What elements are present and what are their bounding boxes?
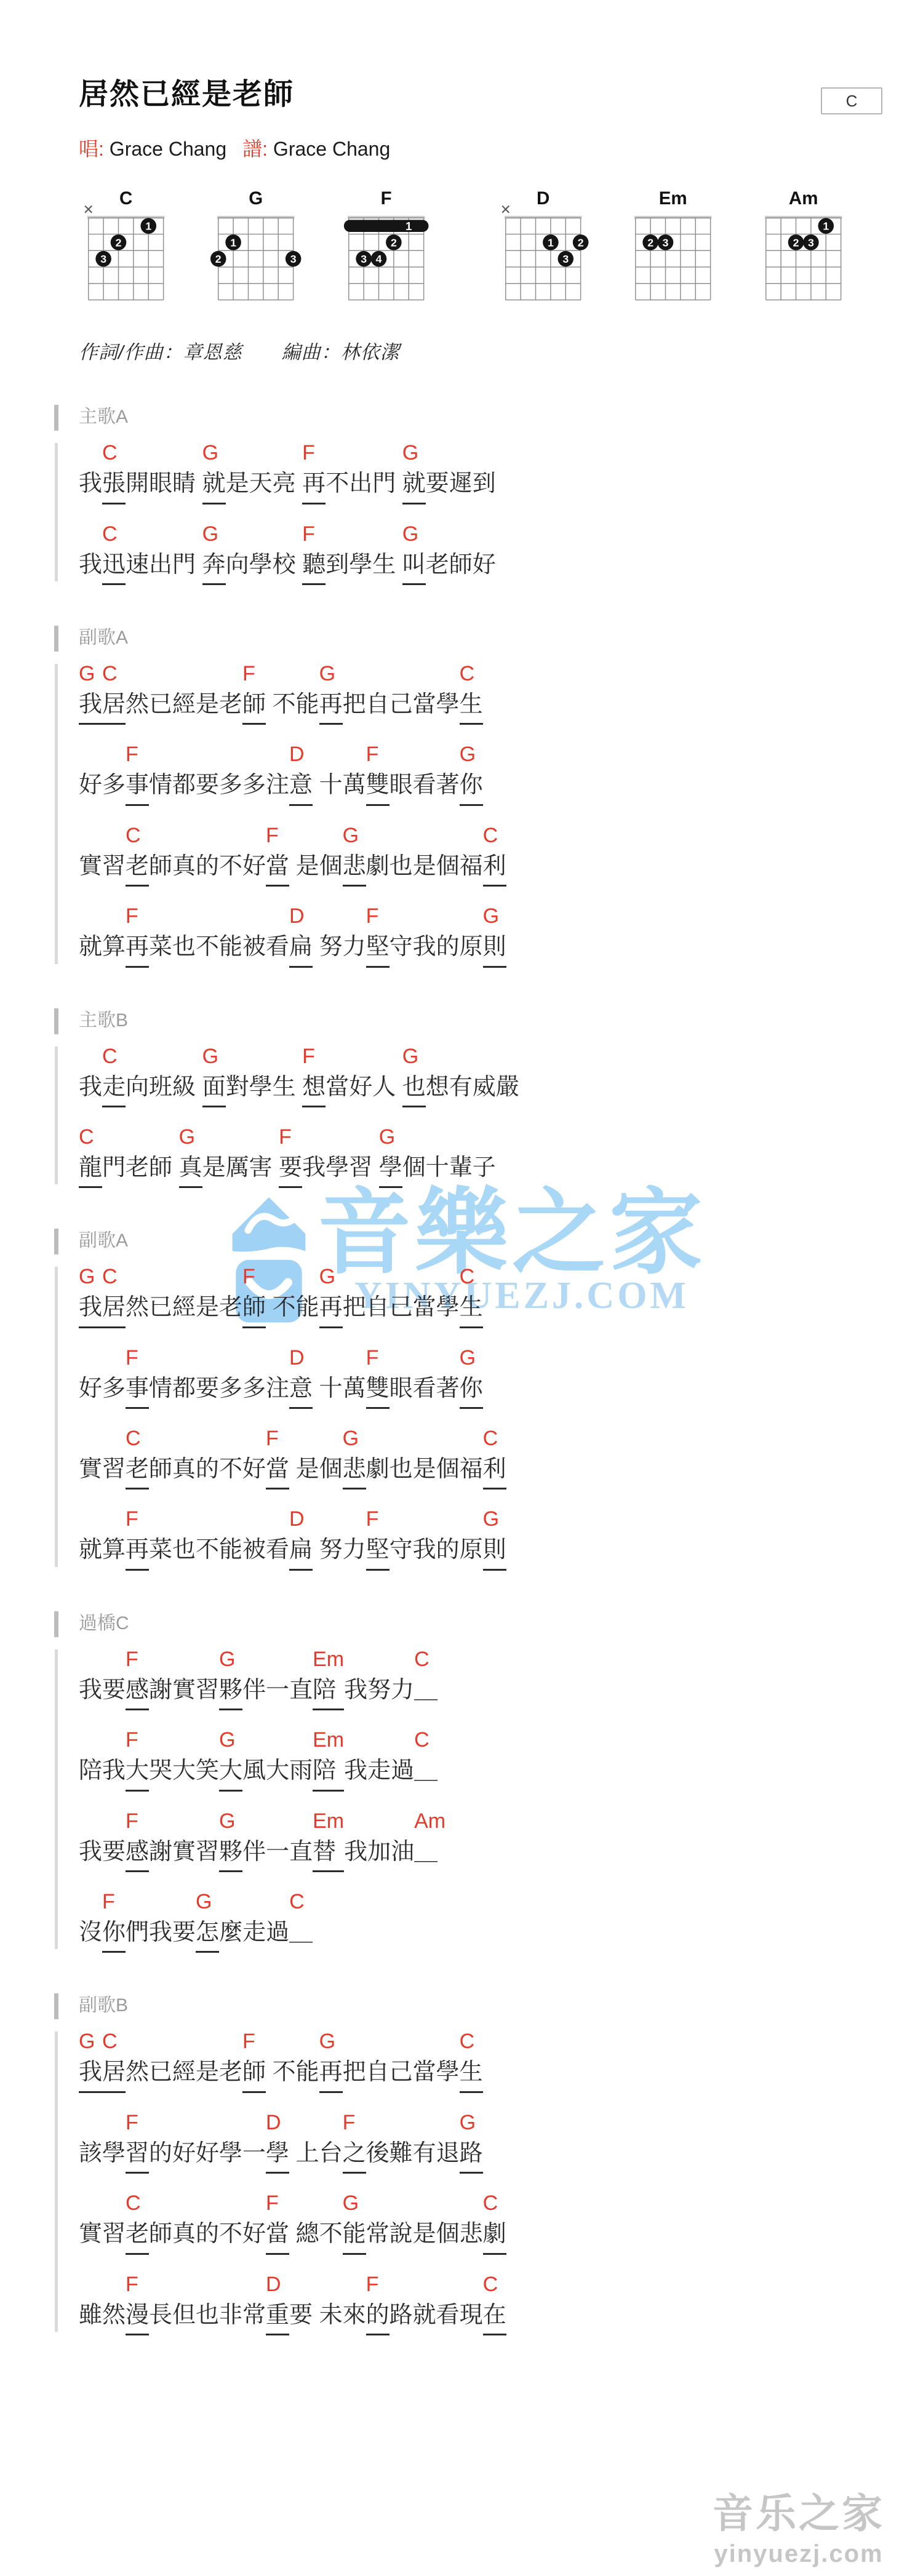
lyric-unit: 把自己當學 [343, 2028, 460, 2088]
lyric-text: 後難有退 [366, 2139, 460, 2169]
chord-label [79, 741, 126, 770]
chord-label [79, 1888, 102, 1918]
svg-text:1: 1 [823, 220, 829, 233]
lyric-text: 總不 [289, 2219, 343, 2249]
lyric-text: 劇 [483, 2219, 506, 2254]
lyric-unit: F想 [302, 1043, 326, 1107]
chord-label: C [126, 2190, 149, 2219]
song-section: 副歌AG我C居 然已經是老F師 不能G再 把自己當學C生 好多F事 情都要多多注… [79, 1227, 886, 1571]
lyric-unit: G也 [402, 1043, 426, 1107]
lyric-unit: 個十輩子 [402, 1123, 496, 1183]
lyric-unit: F事 [126, 1344, 149, 1409]
lyric-unit: 我努力 [344, 1646, 414, 1705]
chord-label [390, 741, 460, 770]
chord-label [126, 1263, 242, 1293]
section-lines: 我C走 向班級 G面 對學生 F想 當好人 G也 想有威嚴C龍 門老師 G真 是… [79, 1040, 886, 1189]
lyric-unit: G就 [402, 439, 426, 504]
lyric-text: 師真的不好 [149, 2219, 266, 2249]
lyric-unit: C在 [483, 2271, 506, 2335]
chord-label: F [302, 439, 326, 469]
lyric-text: 十萬 [313, 770, 366, 800]
chord-label [344, 1808, 414, 1837]
chord-label [79, 439, 102, 469]
lyric-unit: 就算 [79, 903, 126, 962]
lyric-text: 實習 [79, 2219, 126, 2249]
chord-lyric-line: 我C走 向班級 G面 對學生 F想 當好人 G也 想有威嚴 [79, 1043, 886, 1107]
chord-label: F [266, 2190, 289, 2219]
chord-label [202, 1123, 279, 1153]
chord-label [326, 439, 402, 469]
lyric-unit: 雖然 [79, 2271, 126, 2331]
lyric-text: 意 [289, 1374, 313, 1409]
lyric-unit: G則 [483, 1505, 506, 1570]
lyric-text: 上台 [289, 2139, 343, 2169]
chord-label [149, 1505, 289, 1535]
lyric-unit: 十萬 [313, 741, 366, 800]
lyric-text: 之 [343, 2139, 366, 2174]
chord-label [149, 2109, 266, 2139]
chord-label: F [102, 1888, 126, 1918]
page-title: 居然已經是老師 [79, 70, 886, 113]
chord-label: F [366, 1505, 390, 1535]
lyric-unit: 好多 [79, 1344, 126, 1404]
lyric-text: 到學生 [326, 550, 402, 580]
chord-label: G [460, 2109, 483, 2139]
chord-lyric-line: 實習C老 師真的不好F當 是個G悲 劇也是個福C利 [79, 1425, 886, 1489]
chord-label [149, 1425, 266, 1454]
lyric-text: 十萬 [313, 1374, 366, 1404]
lyric-unit: 實習 [79, 1425, 126, 1485]
lyric-unit: G就 [202, 439, 226, 504]
lyric-unit: 眼看著 [390, 741, 460, 800]
svg-text:D: D [537, 188, 549, 209]
chord-label [126, 520, 202, 550]
svg-text:3: 3 [562, 253, 569, 265]
lyric-unit: D學 [266, 2109, 289, 2174]
lyric-unit: F你 [102, 1888, 126, 1953]
chord-label: G [402, 520, 426, 550]
lyric-text: 你 [460, 1374, 483, 1409]
composer-line: 作詞/作曲：章恩慈 編曲：林依潔 [79, 337, 886, 364]
chord-label: C [414, 1726, 438, 1756]
lyric-unit: 實習 [79, 822, 126, 882]
svg-text:3: 3 [100, 253, 106, 265]
lyric-text: 陪我 [79, 1756, 126, 1786]
lyric-unit: D重 [266, 2271, 289, 2335]
lyric-text: 就算 [79, 1535, 126, 1565]
chord-label: D [289, 903, 313, 932]
section-label: 過橋C [79, 1610, 886, 1637]
lyric-unit: G再 [319, 1263, 343, 1328]
chord-label: F [266, 822, 289, 851]
lyric-text: 替 [313, 1837, 344, 1872]
chord-label [242, 1646, 313, 1675]
lyric-unit: 師真的不好 [149, 2190, 266, 2249]
chord-label [313, 741, 366, 770]
chord-label: G [79, 2028, 102, 2057]
lyric-unit: G叫 [402, 520, 426, 585]
lyric-unit: 想有威嚴 [426, 1043, 519, 1103]
lyric-text: 漫 [126, 2300, 149, 2335]
svg-text:2: 2 [215, 253, 222, 265]
chord-label: C [102, 660, 126, 690]
chord-lyric-line: G我C居 然已經是老F師 不能G再 把自己當學C生 [79, 2028, 886, 2092]
chord-label: F [242, 2028, 266, 2057]
chord-label [343, 1263, 460, 1293]
singer-value: Grace Chang [104, 138, 226, 160]
lyric-text: 堅 [366, 932, 390, 967]
lyric-text: 走 [102, 1072, 126, 1107]
lyric-unit: 麼走過 [219, 1888, 289, 1948]
section-label: 主歌B [79, 1007, 886, 1034]
lyric-unit: C＿ [289, 1888, 313, 1948]
chord-label [226, 1043, 303, 1072]
lyric-text: 眼看著 [390, 1374, 460, 1404]
lyric-text: 則 [483, 932, 506, 967]
chord-label [344, 1646, 414, 1675]
lyric-unit: 把自己當學 [343, 1263, 460, 1323]
lyric-unit: C張 [102, 439, 126, 504]
lyric-text: 奔 [202, 550, 226, 585]
lyric-text: 個十輩子 [402, 1153, 496, 1183]
chord-label: C [126, 822, 149, 851]
chord-label: G [79, 660, 102, 690]
chord-label [266, 1263, 319, 1293]
chord-label [366, 2109, 460, 2139]
lyric-unit: F大 [126, 1726, 149, 1791]
lyric-text: 再 [302, 469, 326, 504]
chord-label: C [460, 660, 483, 690]
lyric-unit: G怎 [196, 1888, 219, 1953]
lyric-text: 居 [102, 690, 126, 725]
lyric-text: 是天亮 [226, 469, 303, 499]
lyric-text: 學 [379, 1153, 402, 1188]
chord-label: G [460, 1344, 483, 1374]
lyric-text: 不出門 [326, 469, 402, 499]
lyric-text: 扁 [289, 932, 313, 967]
lyric-text: 沒 [79, 1918, 102, 1948]
chord-label: G [202, 439, 226, 469]
svg-text:✕: ✕ [83, 202, 94, 217]
chord-label: Em [313, 1726, 344, 1756]
lyric-text: 真 [179, 1153, 202, 1188]
lyric-text: 夥 [219, 1837, 242, 1872]
lyric-unit: 向學校 [226, 520, 303, 580]
chord-label: F [366, 741, 390, 770]
lyric-text: 陪 [313, 1756, 344, 1791]
song-section: 主歌A 我C張 開眼睛 G就 是天亮 F再 不出門 G就 要遲到 我C迅 速出門… [79, 404, 886, 585]
lyric-unit: C劇 [483, 2190, 506, 2254]
lyric-text: 路就看現 [390, 2300, 483, 2331]
lyric-unit: 路就看現 [390, 2271, 483, 2331]
lyric-text: 門老師 [102, 1153, 179, 1183]
lyric-unit: D意 [289, 741, 313, 805]
chord-label: G [319, 660, 343, 690]
lyric-unit: 就算 [79, 1505, 126, 1565]
lyric-text: 叫 [402, 550, 426, 585]
lyric-unit: 沒 [79, 1888, 102, 1948]
lyric-text: 情都要多多注 [149, 770, 289, 800]
lyric-unit: 我要 [79, 1808, 126, 1867]
lyric-unit: G則 [483, 903, 506, 967]
lyric-text: 努力 [313, 932, 366, 962]
chord-label [226, 520, 303, 550]
lyric-unit: 菜也不能被看 [149, 1505, 289, 1565]
chord-label [289, 2190, 343, 2219]
lyric-text: 謝實習 [149, 1837, 219, 1867]
lyric-text: 開眼睛 [126, 469, 202, 499]
lyric-unit: F當 [266, 1425, 289, 1489]
chord-label: C [483, 2271, 506, 2300]
lyric-text: ＿ [414, 1837, 446, 1867]
chord-label: F [126, 1344, 149, 1374]
chord-label [313, 1344, 366, 1374]
lyric-unit: D扁 [289, 1505, 313, 1570]
lyric-text: 在 [483, 2300, 506, 2335]
svg-text:2: 2 [793, 236, 799, 249]
lyric-unit: 不能 [266, 2028, 319, 2088]
chord-diagram-Am: Am123 [756, 186, 852, 307]
chord-label [366, 822, 483, 851]
lyric-text: 感 [126, 1675, 149, 1710]
chord-label: C [460, 2028, 483, 2057]
chord-lyric-line: 實習C老 師真的不好F當 總不G能 常說是個悲C劇 [79, 2190, 886, 2254]
lyric-unit: 常說是個悲 [366, 2190, 483, 2249]
lyric-text: 不能 [266, 2057, 319, 2088]
lyric-text: 想 [302, 1072, 326, 1107]
lyric-text: ＿ [289, 1918, 313, 1948]
lyric-unit: 努力 [313, 1505, 366, 1565]
lyric-text: 是個 [289, 1454, 343, 1485]
lyric-text: 老 [126, 1454, 149, 1489]
lyric-unit: 對學生 [226, 1043, 303, 1103]
lyric-unit: F堅 [366, 903, 390, 967]
lyric-unit: 是厲害 [202, 1123, 279, 1183]
lyric-unit: F再 [126, 1505, 149, 1570]
chord-label: C [102, 1043, 126, 1072]
section-lines: 我要F感 謝實習G夥 伴一直Em陪 我努力C＿ 陪我F大 哭大笑G大 風大雨Em… [79, 1643, 886, 1953]
lyric-text: 老師好 [426, 550, 496, 580]
lyric-text: 面 [202, 1072, 226, 1107]
chord-label: F [126, 741, 149, 770]
svg-text:1: 1 [145, 220, 151, 233]
lyric-text: 也 [402, 1072, 426, 1107]
chord-label [390, 2271, 483, 2300]
lyric-unit: F聽 [302, 520, 326, 585]
lyric-text: 然已經是老 [126, 690, 242, 720]
lyric-text: 我走過 [344, 1756, 414, 1786]
chord-lyric-line: C龍 門老師 G真 是厲害 F要 我學習 G學 個十輩子 [79, 1123, 886, 1188]
lyric-text: 常說是個悲 [366, 2219, 483, 2249]
lyric-text: 伴一直 [242, 1837, 313, 1867]
chord-label: G [460, 741, 483, 770]
lyric-unit: F之 [343, 2109, 366, 2174]
lyric-unit: 謝實習 [149, 1808, 219, 1867]
lyric-text: 我努力 [344, 1675, 414, 1705]
lyric-text: 實習 [79, 851, 126, 882]
lyric-unit: C居 [102, 660, 126, 725]
lyric-unit: 哭大笑 [149, 1726, 219, 1786]
lyric-unit: 不能 [266, 1263, 319, 1323]
lyric-text: 謝實習 [149, 1675, 219, 1705]
lyric-text: 生 [460, 690, 483, 725]
chord-label: F [126, 1808, 149, 1837]
chord-label [149, 741, 289, 770]
chord-label: F [126, 1505, 149, 1535]
lyric-text: 就 [402, 469, 426, 504]
lyric-unit: F堅 [366, 1505, 390, 1570]
section-label: 副歌B [79, 1992, 886, 2019]
lyric-unit: D意 [289, 1344, 313, 1409]
lyric-unit: 謝實習 [149, 1646, 219, 1705]
chord-label [219, 1888, 289, 1918]
lyric-unit: 十萬 [313, 1344, 366, 1404]
chord-label: Em [313, 1808, 344, 1837]
chord-label [289, 822, 343, 851]
lyric-unit: C居 [102, 1263, 126, 1328]
chord-label: F [366, 903, 390, 932]
chord-label: C [460, 1263, 483, 1293]
lyric-text: 好多 [79, 1374, 126, 1404]
chord-label: G [179, 1123, 202, 1153]
lyric-unit: 情都要多多注 [149, 1344, 289, 1404]
lyric-unit: 該學 [79, 2109, 126, 2169]
lyric-text: 龍 [79, 1153, 102, 1188]
lyric-text: 我加油 [344, 1837, 414, 1867]
chord-label: F [242, 1263, 266, 1293]
lyric-unit: F師 [242, 660, 266, 725]
lyric-unit: 我加油 [344, 1808, 414, 1867]
lyric-unit: 伴一直 [242, 1646, 313, 1705]
chord-label [79, 1505, 126, 1535]
lyric-text: 把自己當學 [343, 1293, 460, 1323]
lyric-unit: 我 [79, 520, 102, 580]
lyric-unit: Em替 [313, 1808, 344, 1872]
lyric-text: 我 [79, 550, 102, 580]
svg-text:3: 3 [663, 236, 669, 249]
lyric-text: 實習 [79, 1454, 126, 1485]
key-select-button[interactable]: C [821, 87, 882, 114]
lyric-unit: F當 [266, 822, 289, 887]
lyric-unit: C老 [126, 1425, 149, 1489]
lyric-unit: C利 [483, 1425, 506, 1489]
lyric-unit: G你 [460, 741, 483, 805]
lyric-unit: 努力 [313, 903, 366, 962]
lyric-text: 師真的不好 [149, 851, 266, 882]
lyric-unit: 長但也非常 [149, 2271, 266, 2331]
chord-label: D [266, 2271, 289, 2300]
lyric-unit: 劇也是個福 [366, 1425, 483, 1485]
chord-label: C [102, 1263, 126, 1293]
chord-label [126, 1888, 196, 1918]
lyric-text: 好多 [79, 770, 126, 800]
lyric-text: 你 [460, 770, 483, 805]
lyric-text: 雙 [366, 770, 390, 805]
chord-lyric-line: 陪我F大 哭大笑G大 風大雨Em陪 我走過C＿ [79, 1726, 886, 1791]
lyric-unit: 我 [79, 439, 102, 499]
lyric-unit: Em陪 [313, 1646, 344, 1710]
lyric-unit: C生 [460, 1263, 483, 1328]
chord-label: G [402, 439, 426, 469]
lyric-unit: F感 [126, 1646, 149, 1710]
lyric-unit: 風大雨 [242, 1726, 313, 1786]
lyric-unit: F師 [242, 1263, 266, 1328]
lyric-unit: D扁 [289, 903, 313, 967]
chord-label [79, 1043, 102, 1072]
lyric-text: 是個 [289, 851, 343, 882]
lyric-text: 向學校 [226, 550, 303, 580]
lyric-unit: 是個 [289, 1425, 343, 1485]
lyric-text: 我 [79, 690, 102, 725]
chord-label: G [343, 822, 366, 851]
section-lines: G我C居 然已經是老F師 不能G再 把自己當學C生 該學F習 的好好學一D學 上… [79, 2025, 886, 2335]
lyric-text: 菜也不能被看 [149, 932, 289, 962]
chord-label [149, 2271, 266, 2300]
chord-label: G [343, 2190, 366, 2219]
lyric-unit: F雙 [366, 741, 390, 805]
lyric-unit: C利 [483, 822, 506, 887]
chord-lyric-line: 實習C老 師真的不好F當 是個G悲 劇也是個福C利 [79, 822, 886, 887]
lyric-text: 我 [79, 2057, 102, 2092]
lyric-text: 老 [126, 851, 149, 887]
lyric-unit: Am＿ [414, 1808, 446, 1867]
lyric-unit: 我要 [79, 1646, 126, 1705]
lyric-text: 劇也是個福 [366, 851, 483, 882]
lyric-text: 師 [242, 690, 266, 725]
chord-lyric-line: G我C居 然已經是老F師 不能G再 把自己當學C生 [79, 1263, 886, 1328]
svg-text:2: 2 [391, 236, 397, 249]
lyric-unit: 實習 [79, 2190, 126, 2249]
lyric-text: 當 [266, 851, 289, 887]
lyric-text: 我 [79, 1293, 102, 1328]
lyric-text: 事 [126, 770, 149, 805]
sheet-content: 居然已經是老師 唱: Grace Chang譜: Grace Chang C✕1… [0, 0, 923, 2335]
chord-label [313, 903, 366, 932]
chord-label [149, 2190, 266, 2219]
chord-lyric-line: 好多F事 情都要多多注D意 十萬F雙 眼看著G你 [79, 1344, 886, 1409]
chord-label: G [219, 1808, 242, 1837]
lyric-unit: C＿ [414, 1726, 438, 1786]
chord-lyric-line: 好多F事 情都要多多注D意 十萬F雙 眼看著G你 [79, 741, 886, 805]
chord-lyric-line: 我C迅 速出門 G奔 向學校 F聽 到學生 G叫 老師好 [79, 520, 886, 585]
score-value: Grace Chang [268, 138, 390, 160]
section-lines: 我C張 開眼睛 G就 是天亮 F再 不出門 G就 要遲到 我C迅 速出門 G奔 … [79, 437, 886, 585]
lyric-text: 把自己當學 [343, 2057, 460, 2088]
chord-label [326, 520, 402, 550]
lyric-text: 不能 [266, 1293, 319, 1323]
lyric-unit: 陪我 [79, 1726, 126, 1786]
chord-lyric-line: 就算F再 菜也不能被看D扁 努力F堅 守我的原G則 [79, 903, 886, 967]
svg-text:1: 1 [406, 220, 412, 233]
chord-label [149, 1808, 219, 1837]
svg-text:Am: Am [789, 188, 818, 209]
chord-label [426, 1043, 519, 1072]
lyric-unit: 我走過 [344, 1726, 414, 1786]
lyric-unit: 不能 [266, 660, 319, 720]
score-label: 譜: [242, 138, 268, 160]
lyric-unit: G夥 [219, 1646, 242, 1710]
lyric-unit: 的好好學一 [149, 2109, 266, 2169]
chord-lyric-line: 我要F感 謝實習G夥 伴一直Em替 我加油Am＿ [79, 1808, 886, 1872]
lyric-text: 扁 [289, 1535, 313, 1570]
lyric-text: 然已經是老 [126, 1293, 242, 1323]
section-label: 主歌A [79, 404, 886, 431]
lyric-unit: G我 [79, 1263, 102, 1328]
lyric-text: 居 [102, 1293, 126, 1328]
chord-label [242, 1808, 313, 1837]
lyric-unit: 劇也是個福 [366, 822, 483, 882]
lyric-unit: 伴一直 [242, 1808, 313, 1867]
